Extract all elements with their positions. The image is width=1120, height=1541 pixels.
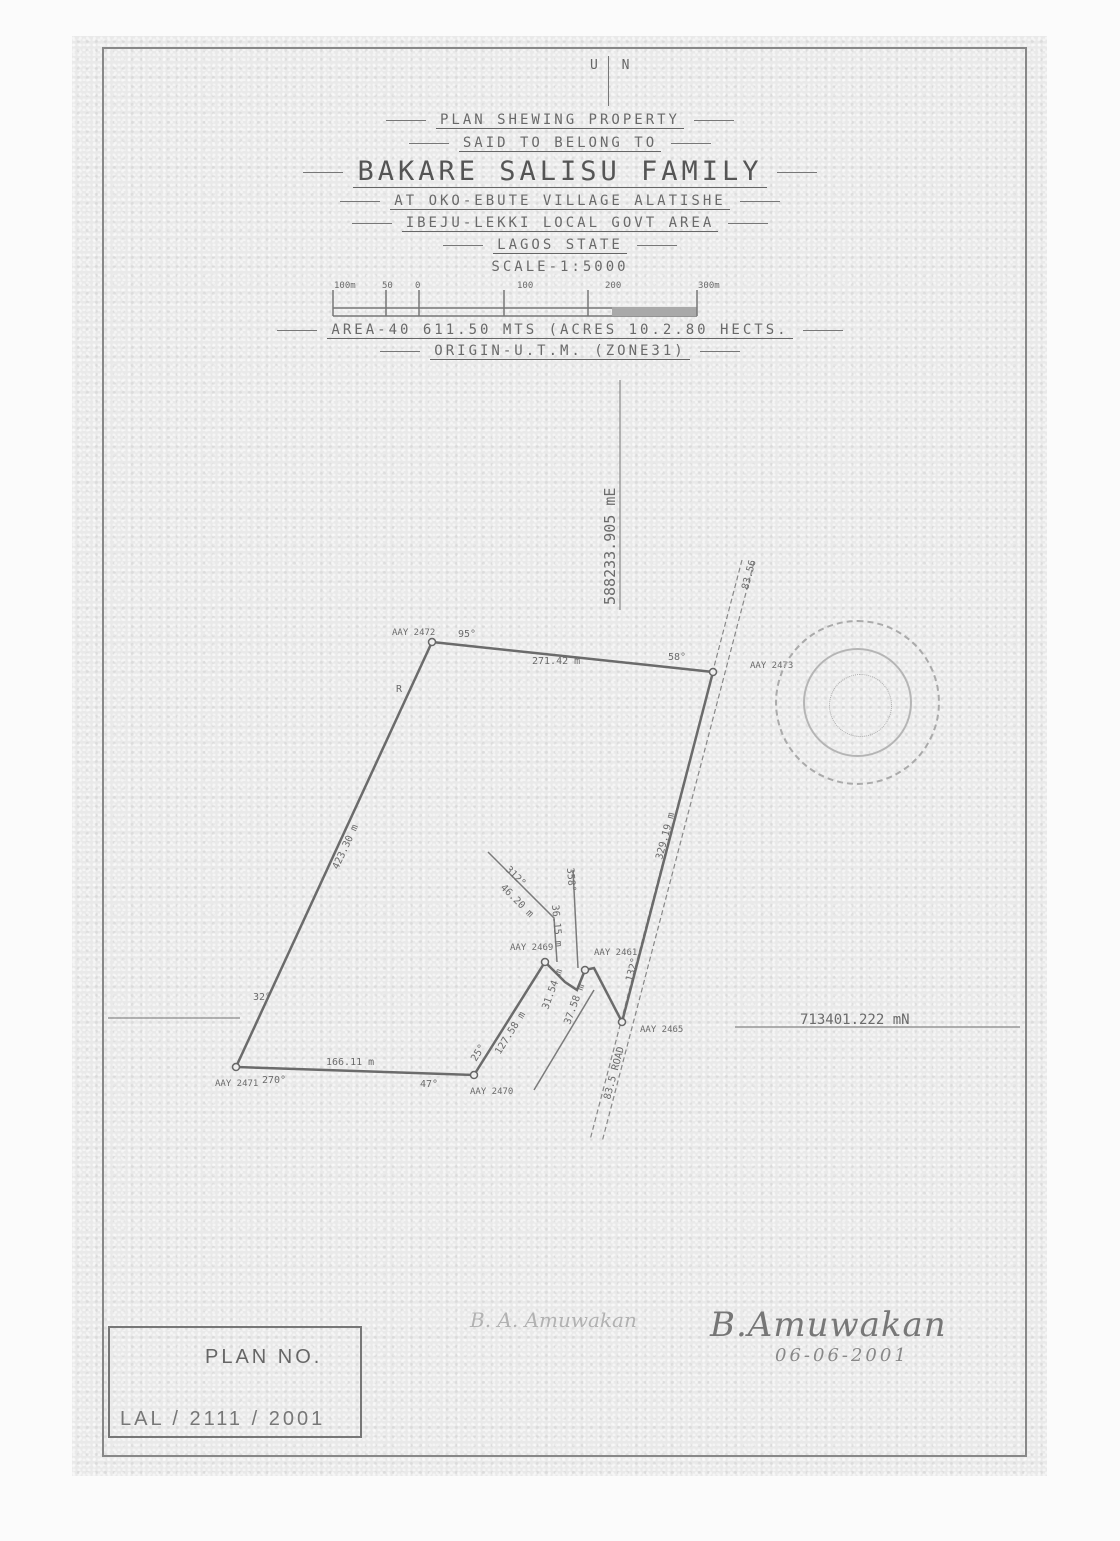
- svg-text:58°: 58°: [668, 652, 686, 663]
- svg-text:100: 100: [517, 281, 533, 291]
- svg-text:166.11 m: 166.11 m: [326, 1057, 374, 1068]
- svg-text:329.19 m: 329.19 m: [654, 811, 677, 860]
- plan-number-box: PLAN NO. LAL / 2111 / 2001: [108, 1326, 362, 1438]
- scale-bar-ticks: 100m 50 0 100 200 300m: [334, 281, 720, 291]
- northing-label: 713401.222 mN: [800, 1012, 910, 1028]
- svg-text:AAY 2471: AAY 2471: [215, 1079, 258, 1089]
- plan-number-label: PLAN NO.: [205, 1346, 322, 1369]
- signature-faint-text: B. A. Amuwakan: [470, 1308, 637, 1332]
- svg-text:0: 0: [415, 281, 420, 291]
- svg-text:50: 50: [382, 281, 393, 291]
- svg-text:47°: 47°: [420, 1079, 438, 1090]
- plan-number-value: LAL / 2111 / 2001: [120, 1408, 325, 1431]
- svg-text:46.20 m: 46.20 m: [498, 882, 536, 920]
- svg-text:R: R: [396, 684, 403, 695]
- scale-bar: [333, 290, 697, 316]
- signature-date: 06-06-2001: [775, 1345, 909, 1366]
- svg-text:AAY 2469: AAY 2469: [510, 943, 553, 953]
- surveyor-signature: B.Amuwakan: [710, 1305, 947, 1345]
- easting-label: 588233.905 mE: [601, 488, 619, 605]
- seal-center: [829, 674, 892, 737]
- road-label-north: 83.56: [740, 559, 758, 591]
- svg-text:AAY 2465: AAY 2465: [640, 1025, 683, 1035]
- svg-text:36.15 m: 36.15 m: [549, 904, 564, 947]
- svg-text:270°: 270°: [262, 1075, 286, 1086]
- property-boundary: [236, 642, 713, 1075]
- beacon-markers: [233, 639, 717, 1079]
- svg-text:200: 200: [605, 281, 621, 291]
- svg-text:37.58 m: 37.58 m: [562, 983, 587, 1026]
- svg-text:25°: 25°: [469, 1042, 488, 1063]
- svg-text:95°: 95°: [458, 629, 476, 640]
- svg-text:271.42 m: 271.42 m: [532, 656, 580, 667]
- official-seal-stamp: [775, 620, 940, 785]
- svg-text:AAY 2472: AAY 2472: [392, 628, 435, 638]
- svg-text:AAY 2461: AAY 2461: [594, 948, 637, 958]
- svg-text:358°: 358°: [564, 867, 577, 892]
- road-label-south: 83.5 ROAD: [602, 1046, 627, 1101]
- svg-text:300m: 300m: [698, 281, 720, 291]
- svg-text:32°: 32°: [253, 992, 271, 1003]
- svg-text:AAY 2470: AAY 2470: [470, 1087, 513, 1097]
- svg-text:132°: 132°: [624, 957, 641, 983]
- svg-text:31.54 m: 31.54 m: [540, 968, 565, 1011]
- svg-text:100m: 100m: [334, 281, 356, 291]
